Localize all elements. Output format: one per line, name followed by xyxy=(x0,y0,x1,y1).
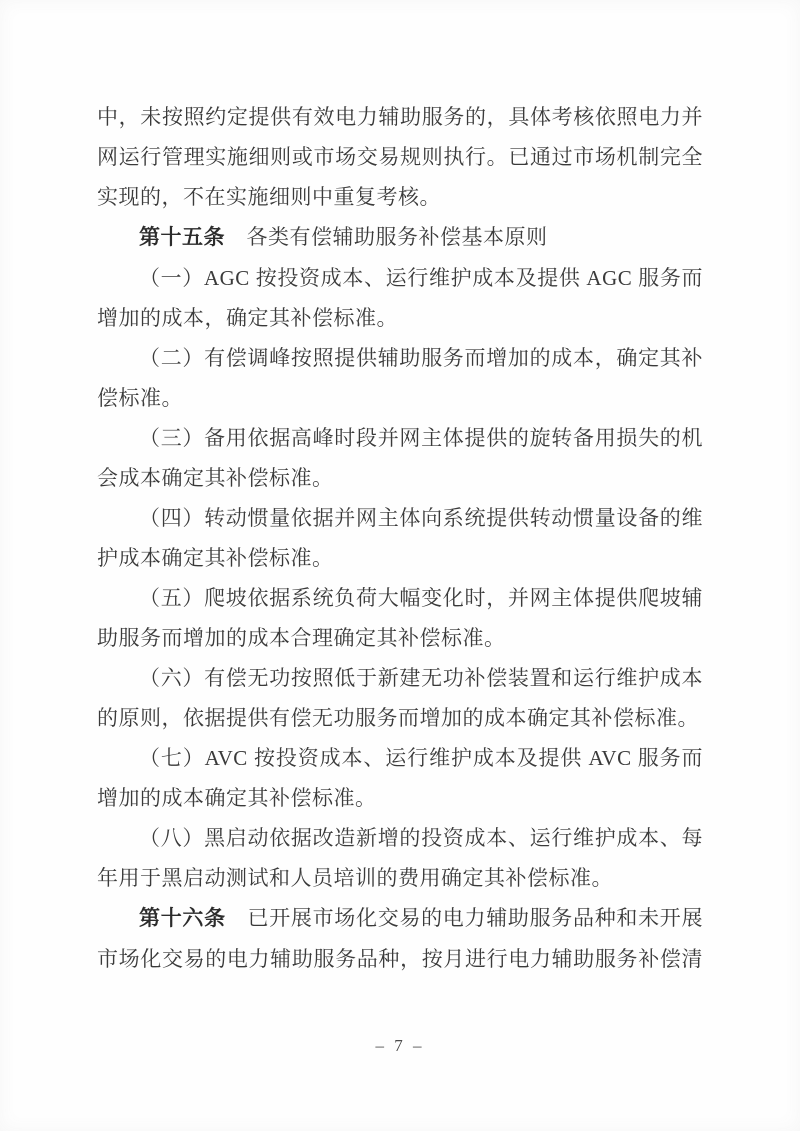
paragraph-text: （一）AGC 按投资成本、运行维护成本及提供 AGC 服务而增加的成本，确定其补… xyxy=(97,266,703,330)
paragraph-item-6: （六）有偿无功按照低于新建无功补偿装置和运行维护成本的原则，依据提供有偿无功服务… xyxy=(97,658,703,738)
article-16-label: 第十六条 xyxy=(139,907,226,930)
paragraph-item-1: （一）AGC 按投资成本、运行维护成本及提供 AGC 服务而增加的成本，确定其补… xyxy=(97,258,703,338)
paragraph-text: （七）AVC 按投资成本、运行维护成本及提供 AVC 服务而增加的成本确定其补偿… xyxy=(97,746,703,810)
paragraph-item-7: （七）AVC 按投资成本、运行维护成本及提供 AVC 服务而增加的成本确定其补偿… xyxy=(97,738,703,818)
paragraph-text: （二）有偿调峰按照提供辅助服务而增加的成本，确定其补偿标准。 xyxy=(97,346,703,410)
paragraph-text: 中，未按照约定提供有效电力辅助服务的，具体考核依照电力并网运行管理实施细则或市场… xyxy=(97,105,703,209)
paragraph-text: 各类有偿辅助服务补偿基本原则 xyxy=(225,225,548,249)
paragraph-text: （三）备用依据高峰时段并网主体提供的旋转备用损失的机会成本确定其补偿标准。 xyxy=(97,426,703,490)
paragraph-text: （八）黑启动依据改造新增的投资成本、运行维护成本、每年用于黑启动测试和人员培训的… xyxy=(97,826,703,890)
paragraph-item-3: （三）备用依据高峰时段并网主体提供的旋转备用损失的机会成本确定其补偿标准。 xyxy=(97,418,703,498)
page-number: – 7 – xyxy=(0,1036,800,1056)
paragraph-article-15: 第十五条 各类有偿辅助服务补偿基本原则 xyxy=(97,217,703,258)
paragraph-item-8: （八）黑启动依据改造新增的投资成本、运行维护成本、每年用于黑启动测试和人员培训的… xyxy=(97,818,703,898)
paragraph-item-4: （四）转动惯量依据并网主体向系统提供转动惯量设备的维护成本确定其补偿标准。 xyxy=(97,498,703,578)
paragraph-text: （四）转动惯量依据并网主体向系统提供转动惯量设备的维护成本确定其补偿标准。 xyxy=(97,506,703,570)
document-page: 中，未按照约定提供有效电力辅助服务的，具体考核依照电力并网运行管理实施细则或市场… xyxy=(0,0,800,1131)
paragraph-text: （六）有偿无功按照低于新建无功补偿装置和运行维护成本的原则，依据提供有偿无功服务… xyxy=(97,666,703,730)
article-15-label: 第十五条 xyxy=(139,226,225,249)
paragraph-article-16: 第十六条 已开展市场化交易的电力辅助服务品种和未开展市场化交易的电力辅助服务品种… xyxy=(97,898,703,979)
paragraph-continuation: 中，未按照约定提供有效电力辅助服务的，具体考核依照电力并网运行管理实施细则或市场… xyxy=(97,97,703,217)
paragraph-text: （五）爬坡依据系统负荷大幅变化时，并网主体提供爬坡辅助服务而增加的成本合理确定其… xyxy=(97,586,703,650)
document-body: 中，未按照约定提供有效电力辅助服务的，具体考核依照电力并网运行管理实施细则或市场… xyxy=(97,97,703,979)
paragraph-item-2: （二）有偿调峰按照提供辅助服务而增加的成本，确定其补偿标准。 xyxy=(97,338,703,418)
paragraph-item-5: （五）爬坡依据系统负荷大幅变化时，并网主体提供爬坡辅助服务而增加的成本合理确定其… xyxy=(97,578,703,658)
